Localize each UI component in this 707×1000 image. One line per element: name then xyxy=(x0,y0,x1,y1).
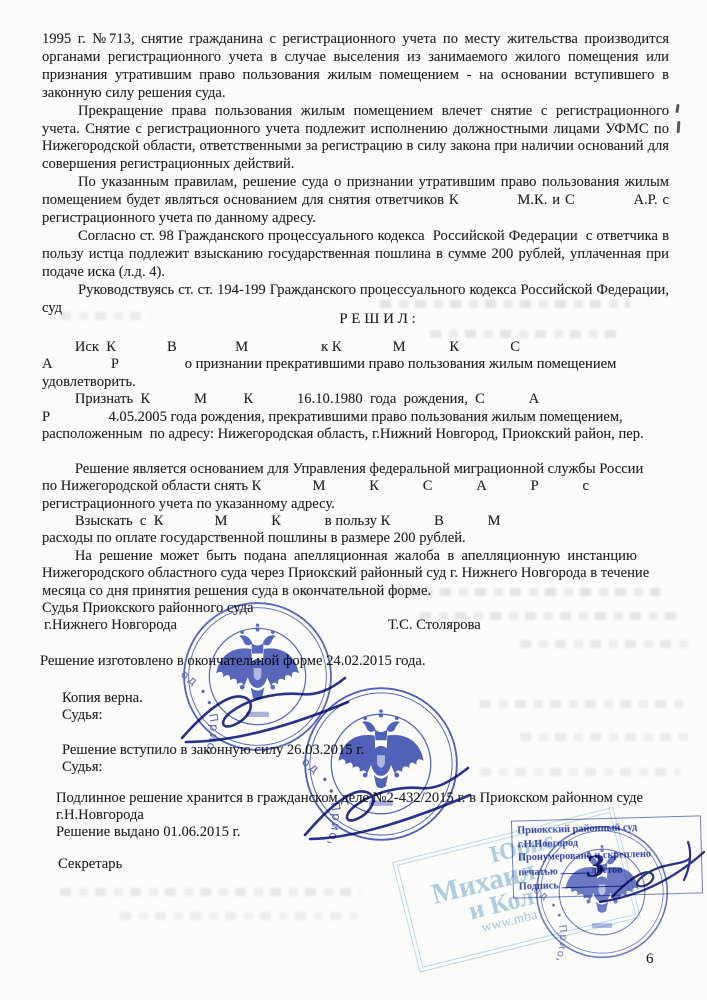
resolution-text: Иск К В М к К М К СА Р о признании прекр… xyxy=(42,339,692,600)
resolution-line: Взыскать с К М К в пользу К В М xyxy=(42,513,692,530)
issued-line: Решение выдано 01.06.2015 г. xyxy=(56,824,241,841)
resolution-line: удовлетворить. xyxy=(42,374,692,391)
court-round-stamp xyxy=(302,685,460,843)
resolution-line: Решение является основанием для Управлен… xyxy=(42,461,692,478)
judge-court-line: г.Нижнего Новгорода xyxy=(44,617,177,634)
secretary-label: Секретарь xyxy=(58,856,122,873)
resolution-line: На решение может быть подана апелляционн… xyxy=(42,548,692,565)
copy-correct-line: Копия верна. xyxy=(62,690,143,707)
binding-verification-stamp: Приокский районный суд г.Н.Новгород Прон… xyxy=(511,815,703,898)
decision-body-text: 1995 г. №713, снятие гражданина с регист… xyxy=(42,31,669,318)
resolution-line: месяца со дня принятия решения суда в ок… xyxy=(42,583,692,600)
handwritten-sheet-count: 3 xyxy=(584,849,607,884)
resolution-line: Нижегородского областного суда через При… xyxy=(42,565,692,582)
resolution-line xyxy=(42,443,692,460)
resolution-line: регистрационного учета по указанному адр… xyxy=(42,496,692,513)
body-paragraph: Прекращение права пользования жилым поме… xyxy=(42,103,669,175)
body-paragraph: 1995 г. №713, снятие гражданина с регист… xyxy=(42,31,669,103)
resolution-line: расположенным по адресу: Нижегородская о… xyxy=(42,426,692,443)
resolution-line: Иск К В М к К М К С xyxy=(42,339,692,356)
scanned-court-decision-page: 1995 г. №713, снятие гражданина с регист… xyxy=(0,0,707,1000)
body-paragraph: По указанным правилам, решение суда о пр… xyxy=(42,174,669,228)
resolution-line: Р 4.05.2005 года рождения, прекратившими… xyxy=(42,409,692,426)
resolution-line: по Нижегородской области снять К М К С А… xyxy=(42,478,692,495)
body-paragraph: Согласно ст. 98 Гражданского процессуаль… xyxy=(42,228,669,282)
resolution-heading: Р Е Ш И Л : xyxy=(0,311,707,328)
margin-mark xyxy=(675,104,679,113)
resolution-line: расходы по оплате государственной пошлин… xyxy=(42,530,692,547)
resolution-line: А Р о признании прекратившими право поль… xyxy=(42,356,692,373)
resolution-line: Признать К М К 16.10.1980 года рождения,… xyxy=(42,391,692,408)
original-case-line: г.Н.Новгорода xyxy=(56,807,144,824)
judge-label: Судья: xyxy=(62,759,103,776)
judge-name: Т.С. Столярова xyxy=(388,617,481,634)
margin-mark xyxy=(677,121,681,133)
judge-label: Судья: xyxy=(62,707,103,724)
